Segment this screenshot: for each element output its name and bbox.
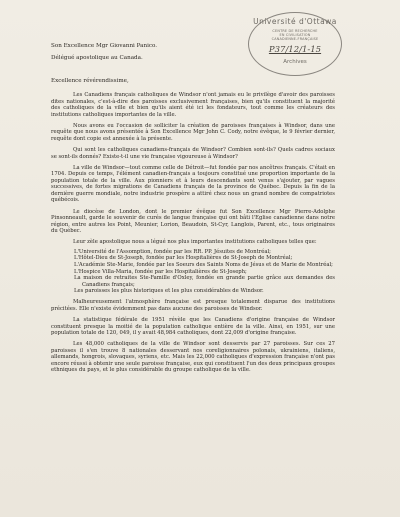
letter-page: Université d'Ottawa CENTRE DE RECHERCHE … xyxy=(0,0,400,517)
recipient-title: Délégué apostolique au Canada. xyxy=(51,55,143,61)
salutation: Excellence révérendissime, xyxy=(51,78,129,84)
stamp-archive-code: P37/12/1-15 xyxy=(249,45,341,55)
paragraph: Nous avons eu l'occasion de solliciter l… xyxy=(51,123,335,143)
paragraph: Malheureusement l'atmosphère française e… xyxy=(51,299,335,312)
paragraph: Leur zèle apostolique nous a légué nos p… xyxy=(51,239,335,246)
institutions-list: L'Université de l'Assomption, fondée par… xyxy=(51,249,335,295)
list-item: La maison de retraites Ste-Famille d'Oxl… xyxy=(74,275,335,288)
letter-body: Les Canadiens français catholiques de Wi… xyxy=(51,92,335,379)
stamp-university: Université d'Ottawa xyxy=(249,17,341,26)
stamp-archives-label: Archives xyxy=(249,59,341,65)
archive-stamp: Université d'Ottawa CENTRE DE RECHERCHE … xyxy=(248,12,342,76)
paragraph: Le diocèse de London, dont le premier év… xyxy=(51,209,335,235)
paragraph: Les Canadiens français catholiques de Wi… xyxy=(51,92,335,118)
paragraph: La ville de Windsor—tout comme celle de … xyxy=(51,165,335,204)
list-item: Les paroisses les plus historiques et le… xyxy=(74,288,335,295)
paragraph: Les 48,000 catholiques de la ville de Wi… xyxy=(51,341,335,374)
paragraph: La statistique fédérale de 1951 révèle q… xyxy=(51,317,335,337)
stamp-line: CANADIENNE-FRANÇAISE xyxy=(249,37,341,41)
paragraph: Qui sont les catholiques canadiens-franç… xyxy=(51,147,335,160)
list-item: L'Académie Ste-Marie, fondée par les Soe… xyxy=(74,262,335,269)
recipient-name: Son Excellence Mgr Giovanni Panico. xyxy=(51,43,157,49)
